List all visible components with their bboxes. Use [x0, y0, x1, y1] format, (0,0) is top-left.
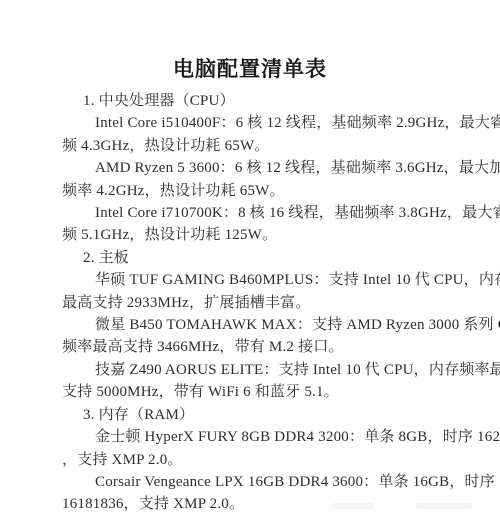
paragraph-line: 金士顿 HyperX FURY 8GB DDR4 3200：单条 8GB，时序 … [62, 426, 480, 448]
watermark-smudge [416, 503, 472, 509]
paragraph-line: Corsair Vengeance LPX 16GB DDR4 3600：单条 … [62, 471, 480, 493]
paragraph-line: 频率最高支持 3466MHz，带有 M.2 接口。 [62, 336, 480, 358]
watermark-smudge [332, 503, 374, 509]
paragraph-line: 支持 5000MHz，带有 WiFi 6 和蓝牙 5.1。 [62, 381, 480, 403]
section-heading-mainboard: 2. 主板 [62, 247, 480, 269]
document-body: 1. 中央处理器（CPU） Intel Core i510400F：6 核 12… [0, 90, 500, 516]
paragraph-line: Intel Core i510400F：6 核 12 线程，基础频率 2.9GH… [62, 112, 480, 134]
paragraph-line: ，支持 XMP 2.0。 [62, 449, 480, 471]
paragraph-line: 技嘉 Z490 AORUS ELITE：支持 Intel 10 代 CPU，内存… [62, 359, 480, 381]
paragraph-line: Intel Core i710700K：8 核 16 线程，基础频率 3.8GH… [62, 202, 480, 224]
paragraph-line: 频 4.3GHz，热设计功耗 65W。 [62, 135, 480, 157]
paragraph-line: 频率 4.2GHz，热设计功耗 65W。 [62, 180, 480, 202]
section-heading-ram: 3. 内存（RAM） [62, 404, 480, 426]
document-page: 电脑配置清单表 1. 中央处理器（CPU） Intel Core i510400… [0, 0, 500, 517]
paragraph-line: 华硕 TUF GAMING B460MPLUS：支持 Intel 10 代 CP… [62, 269, 480, 291]
paragraph-line: 频 5.1GHz，热设计功耗 125W。 [62, 224, 480, 246]
paragraph-line: 微星 B450 TOMAHAWK MAX：支持 AMD Ryzen 3000 系… [62, 314, 480, 336]
section-heading-cpu: 1. 中央处理器（CPU） [62, 90, 480, 112]
document-title: 电脑配置清单表 [0, 0, 500, 84]
paragraph-line: AMD Ryzen 5 3600：6 核 12 线程，基础频率 3.6GHz，最… [62, 157, 480, 179]
paragraph-line: 最高支持 2933MHz，扩展插槽丰富。 [62, 292, 480, 314]
